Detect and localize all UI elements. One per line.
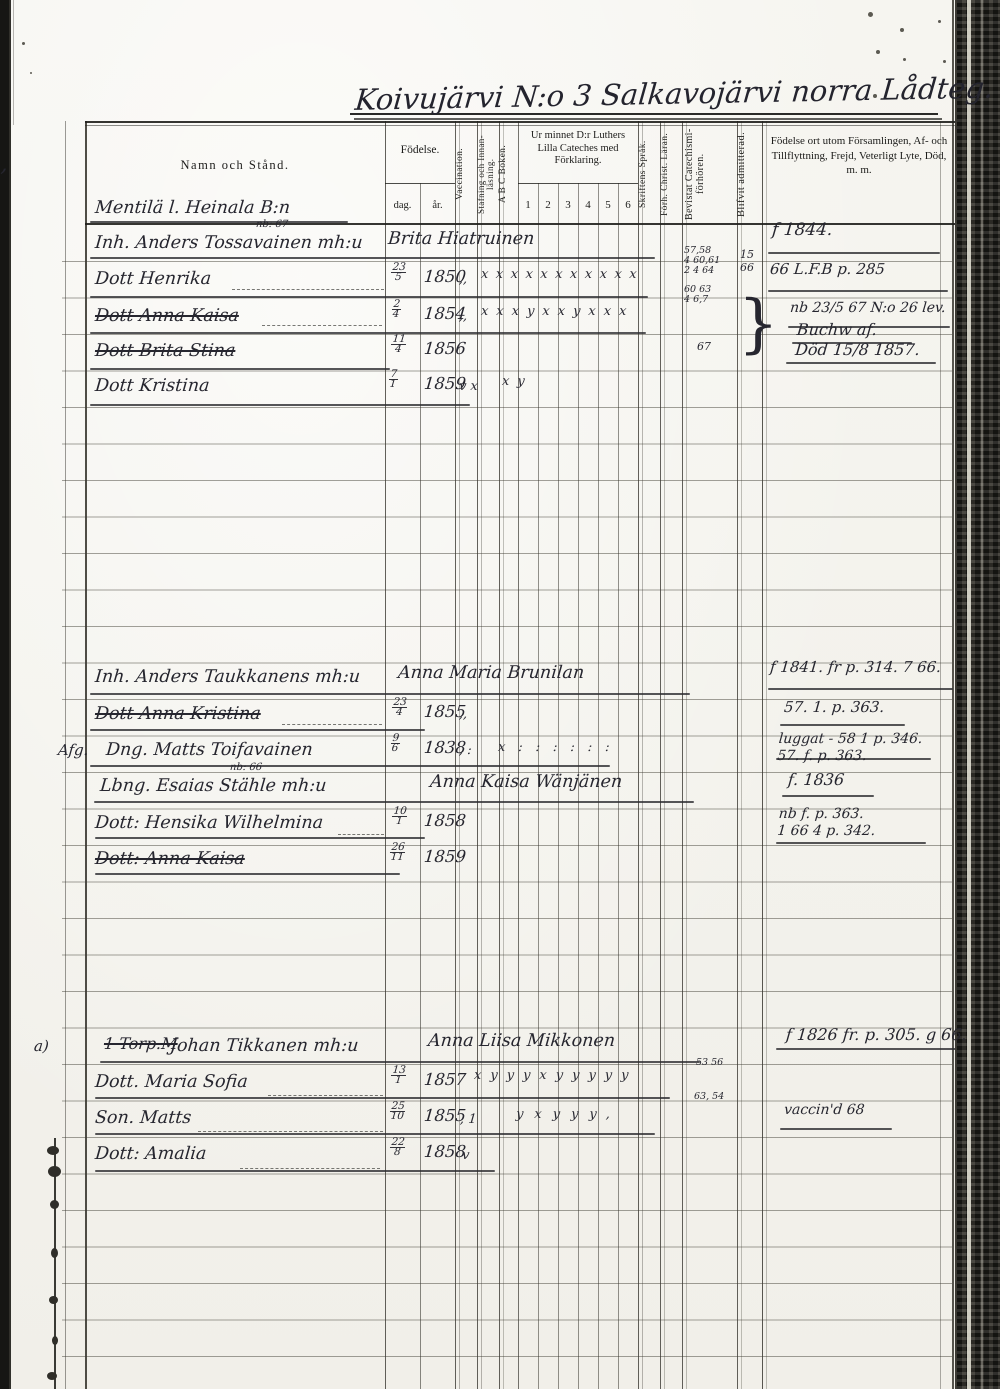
entry-spouse: Anna Kaisa Wänjänen [429, 772, 623, 792]
entry-birth-year: 1858 [423, 811, 467, 830]
ink-underline [780, 1128, 892, 1130]
entry-birth-year: 1856 [423, 339, 467, 358]
ink-underline [90, 368, 390, 370]
crease-ink-blob [50, 1200, 59, 1209]
col-header-urminnet: Ur minnet D:r Luthers Lilla Cateches med… [520, 130, 636, 168]
scan-streak [967, 0, 971, 1389]
page-title-wrap: Koivujärvi N:o 3 Salkavojärvi norra Lådt… [355, 69, 1000, 117]
ink-underline [90, 765, 610, 767]
entry-note: f. 1836 [787, 771, 845, 788]
entry-name: Dott Anna Kristina [94, 704, 261, 724]
ink-underline [768, 688, 953, 690]
ink-underline [776, 1048, 964, 1050]
entry-birth-day: 228 [389, 1138, 406, 1157]
entry-admitterad: 15 66 [740, 248, 754, 274]
col-header-abc: A B C Boken. [499, 127, 517, 221]
entry-exam-marks: xy [501, 374, 533, 389]
crease-ink-blob [49, 1296, 58, 1304]
entry-bevistat: 57,58 4 60,61 2 4 64 [684, 246, 720, 276]
ink-underline [90, 693, 690, 695]
column-rule-line [420, 183, 421, 1389]
column-rule-line [660, 121, 661, 1389]
entry-birth-day: 101 [391, 807, 408, 826]
urminnet-col-1: 1 [518, 199, 538, 211]
urminnet-col-4: 4 [578, 199, 598, 211]
entry-margin-note: a) [33, 1037, 49, 1055]
entry-note: vaccin'd 68 [783, 1102, 865, 1119]
entry-bevistat: 67 [697, 342, 711, 352]
header-rule-line [385, 183, 455, 184]
entry-note: nb 23/5 67 N:o 26 lev. [789, 300, 946, 317]
entry-name: Dott Anna Kaisa [94, 306, 240, 326]
entry-birth-day: 24 [391, 300, 401, 319]
col-header-fodelse: Födelse. [385, 144, 455, 156]
dag-bottom: 4 [392, 310, 399, 319]
urminnet-col-6: 6 [618, 199, 638, 211]
scan-speck [903, 58, 906, 61]
dash-filler-line [198, 1131, 383, 1132]
ink-underline [768, 252, 940, 254]
scan-speck [30, 72, 32, 74]
urminnet-col-3: 3 [558, 199, 578, 211]
dash-filler-line [262, 325, 382, 326]
entry-birth-day: 2510 [389, 1102, 406, 1121]
column-rule-line [477, 121, 478, 1389]
column-rule-line [638, 121, 639, 1389]
dash-filler-line [268, 1095, 383, 1096]
entry-note: nb f. p. 363. 1 66 4 p. 342. [777, 806, 878, 840]
scan-edge-left [0, 0, 11, 1389]
crease-ink-blob [47, 1372, 57, 1380]
entry-name: Dott. Maria Sofia [94, 1072, 248, 1092]
urminnet-col-2: 2 [538, 199, 558, 211]
entry-vaccination-mark: v [461, 1148, 470, 1163]
ink-underline [786, 362, 936, 364]
entry-bevistat: 53 56 [696, 1058, 723, 1068]
entry-vaccination-mark: , : [458, 743, 472, 758]
crease-ink-blob [47, 1146, 59, 1155]
header-rule-line [354, 118, 942, 120]
entry-birth-day: 96 [390, 734, 400, 753]
entry-spouse: Brita Hiatruinen [387, 229, 535, 249]
entry-vaccination-mark: v x [458, 379, 478, 394]
dag-bottom: 1 [389, 380, 396, 389]
column-rule-line [682, 121, 683, 1389]
entry-name: Dng. Matts Toifavainen [105, 740, 314, 760]
entry-name: Johan Tikkanen mh:u [169, 1036, 359, 1056]
entry-bevistat: 60 63 4 6,7 [684, 285, 711, 305]
entry-name: Dott: Amalia [94, 1144, 207, 1164]
ink-underline [95, 873, 400, 875]
entry-note: luggat - 58 1 p. 346. 57. f. p. 363. [777, 731, 924, 765]
scan-speck [22, 42, 25, 45]
ink-underline [95, 1170, 495, 1172]
entry-vaccination-mark: ,, [458, 272, 468, 287]
column-rule-line [385, 121, 386, 1389]
column-rule-line [952, 0, 954, 1389]
dag-bottom: 4 [395, 345, 402, 354]
scan-speck [900, 28, 904, 32]
ink-underline [90, 729, 425, 731]
entry-exam-marks: yxyyy, [515, 1107, 621, 1122]
ink-underline [94, 801, 694, 803]
dag-bottom: 5 [395, 273, 402, 282]
scan-speck [938, 20, 941, 23]
entry-birth-day: 235 [390, 263, 407, 282]
ink-underline [776, 842, 926, 844]
ink-underline [90, 257, 655, 259]
entry-name: Son. Matts [94, 1108, 192, 1128]
entry-name: Dott Henrika [94, 269, 212, 289]
ink-underline [768, 290, 948, 292]
ink-underline [90, 221, 348, 223]
entry-name: Dott Kristina [94, 376, 210, 396]
note-brace: } [738, 292, 779, 356]
col-header-namn: Namn och Stånd. [85, 158, 385, 173]
col-header-notes: Födelse ort utom Församlingen, Af- och T… [766, 134, 952, 178]
entry-exam-marks: x:::::: [497, 740, 623, 755]
entry-exam-marks: xxxyxxyxxx [480, 304, 635, 319]
dag-bottom: 6 [391, 744, 398, 753]
dag-bottom: 4 [396, 708, 403, 717]
entry-note: 66 L.F.B p. 285 [769, 261, 885, 278]
entry-birth-day: 131 [390, 1066, 407, 1085]
entry-name: Dott Brita Stina [94, 341, 236, 361]
entry-exam-marks: xxxxxxxxxxx [480, 267, 644, 282]
entry-birth-year: 1858 [423, 1142, 467, 1161]
entry-exam-marks: xyyyxyyyyy [473, 1068, 638, 1083]
entry-note: f 1826 fr. p. 305. g 66. [785, 1026, 967, 1043]
ink-underline [90, 332, 646, 334]
ink-underline [95, 837, 425, 839]
ink-underline [100, 1061, 700, 1063]
ink-underline [90, 404, 470, 406]
entry-vaccination-mark: ,, [458, 707, 468, 722]
entry-spouse: Anna Liisa Mikkonen [427, 1031, 616, 1051]
entry-birth-day: 234 [391, 698, 408, 717]
entry-name: Dott: Anna Kaisa [94, 849, 246, 869]
entry-name: Inh. Anders Taukkanens mh:u [94, 667, 361, 687]
scan-streak [981, 0, 983, 1389]
header-rule-line [518, 183, 638, 184]
entry-note: f 1841. fr p. 314. 7 66. [769, 659, 941, 676]
crease-ink-blob [48, 1166, 61, 1177]
dash-filler-line [282, 724, 382, 725]
column-rule-line [13, 0, 14, 125]
scanned-ledger-page: , Koivujärvi N:o 3 Salkavojärvi norra Lå… [0, 0, 1000, 1389]
crease-ink-blob [51, 1248, 58, 1258]
ink-underline [95, 1097, 670, 1099]
entry-note: f 1844. [771, 222, 833, 239]
dash-filler-line [232, 289, 384, 290]
entry-note: Buchw af. Död 15/8 1857. [794, 320, 922, 360]
ink-underline [782, 795, 874, 797]
dag-bottom: 1 [395, 1076, 402, 1085]
scan-speck [943, 60, 946, 63]
entry-birth-day: 71 [388, 370, 398, 389]
entry-bevistat: 63, 54 [694, 1092, 724, 1102]
entry-note-above: nb: 67 [256, 219, 289, 230]
column-rule-line [686, 121, 687, 1389]
header-rule-line [85, 125, 955, 126]
entry-name-prefix: 1 Torp.M [103, 1034, 178, 1053]
crease-ink-blob [52, 1336, 58, 1345]
entry-spouse: Anna Maria Brunilan [397, 663, 585, 683]
header-rule-line [85, 121, 955, 123]
ink-underline [90, 296, 648, 298]
scan-edge-right [955, 0, 1000, 1389]
ink-underline [780, 724, 905, 726]
entry-name: Dott: Hensika Wilhelmina [94, 813, 324, 833]
col-header-bevistat: Bevistat Catechismi-förhören. [684, 127, 734, 221]
page-title: Koivujärvi N:o 3 Salkavojärvi norra Lådt… [354, 69, 1000, 117]
dag-bottom: 8 [394, 1148, 401, 1157]
scan-speck [876, 50, 880, 54]
ink-underline [95, 1133, 655, 1135]
entry-vaccination-mark: ,, [458, 309, 468, 324]
dag-bottom: 11 [390, 853, 404, 862]
column-rule-line [642, 121, 643, 1389]
col-header-dag: dag. [385, 200, 420, 211]
entry-birth-day: 114 [390, 335, 407, 354]
column-rule-line [664, 121, 665, 1389]
col-header-ar: år. [420, 200, 455, 211]
entry-note-above: nb: 66 [230, 762, 263, 773]
urminnet-col-5: 5 [598, 199, 618, 211]
entry-name: Lbng. Esaias Stähle mh:u [99, 776, 327, 796]
entry-birth-year: 1857 [423, 1070, 467, 1089]
entry-birth-day: 2611 [389, 843, 406, 862]
entry-birth-year: 1859 [423, 847, 467, 866]
entry-margin-note: Afg. [57, 741, 89, 759]
dash-filler-line [338, 834, 384, 835]
entry-note: 57. 1. p. 363. [783, 699, 885, 716]
entry-name: Inh. Anders Tossavainen mh:u [94, 233, 363, 253]
farm-header: Mentilä l. Heinala B:n [94, 198, 291, 218]
dag-bottom: 1 [396, 817, 403, 826]
dash-filler-line [240, 1168, 380, 1169]
scan-speck [868, 12, 873, 17]
dag-bottom: 10 [390, 1112, 404, 1121]
entry-vaccination-mark: , 1 [459, 1112, 477, 1127]
